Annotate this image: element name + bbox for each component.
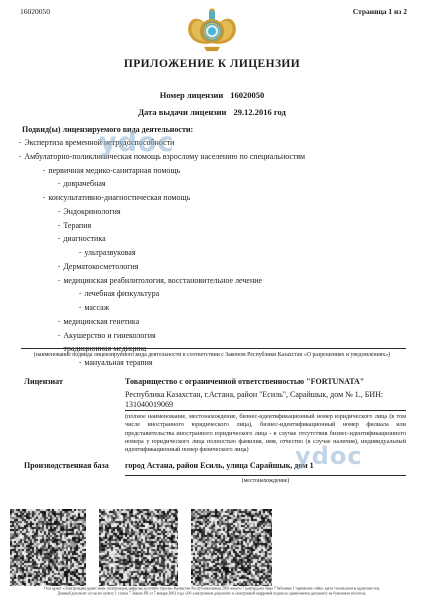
list-item: Терапия	[58, 219, 410, 233]
license-date-label: Дата выдачи лицензии	[138, 107, 226, 117]
list-item: Амбулаторно-поликлиническая помощь взрос…	[19, 150, 410, 164]
subtypes-heading: Подвид(ы) лицензируемого вида деятельнос…	[22, 125, 193, 134]
legal-fine-print: Осы құжат «Электрондық құжат және электр…	[2, 586, 422, 596]
divider	[125, 475, 406, 476]
license-number-value: 16020050	[230, 90, 264, 100]
document-number-header: 16020050	[20, 7, 50, 16]
subtypes-list: Экспертиза временной нетрудоспособности …	[0, 136, 410, 370]
legal-line-ru: Данный документ согласно пункту 1 статьи…	[2, 591, 422, 596]
qr-code-icon	[191, 509, 272, 586]
list-item: Акушерство и гинекология	[58, 329, 410, 343]
list-item: медицинская генетика	[58, 315, 410, 329]
license-date-row: Дата выдачи лицензии29.12.2016 год	[0, 107, 424, 117]
production-base-footnote: (местонахождение)	[125, 478, 406, 484]
license-date-value: 29.12.2016 год	[233, 107, 285, 117]
production-base-label: Производственная база	[24, 461, 109, 470]
subtypes-footnote: (наименование подвида лицензируемого вид…	[32, 351, 392, 359]
list-item: Экспертиза временной нетрудоспособности	[19, 136, 410, 150]
list-item: ультразвуковая	[79, 246, 410, 260]
list-item: первичная медико-санитарная помощь	[43, 164, 410, 178]
list-item: диагностика	[58, 232, 410, 246]
license-number-row: Номер лицензии16020050	[0, 90, 424, 100]
production-base-value: город Астана, район Есиль, улица Сарайшы…	[125, 461, 407, 470]
page-indicator: Страница 1 из 2	[353, 7, 407, 16]
qr-code-icon	[99, 509, 178, 586]
divider	[125, 410, 406, 411]
licensee-label: Лицензиат	[24, 377, 63, 386]
kazakhstan-emblem-icon	[186, 5, 238, 54]
license-number-label: Номер лицензии	[160, 90, 224, 100]
list-item: Эндокринология	[58, 205, 410, 219]
list-item: медицинская реабилитология, восстановите…	[58, 274, 410, 288]
list-item: Дерматокосметология	[58, 260, 410, 274]
licensee-name: Товарищество с ограниченной ответственно…	[125, 377, 407, 386]
license-appendix-page: 16020050 Страница 1 из 2 ПРИЛОЖЕНИЕ К ЛИ…	[0, 0, 424, 600]
qr-code-row	[10, 509, 310, 586]
qr-code-icon	[10, 509, 86, 586]
licensee-footnote: (полное наименование, местонахождение, б…	[125, 413, 406, 454]
list-item: консультативно-диагностическая помощь	[43, 191, 410, 205]
list-item: лечебная физкультура	[79, 287, 410, 301]
page-title: ПРИЛОЖЕНИЕ К ЛИЦЕНЗИИ	[0, 58, 424, 70]
divider	[21, 348, 406, 349]
list-item: доврачебная	[58, 177, 410, 191]
list-item: массаж	[79, 301, 410, 315]
licensee-address: Республика Казахстан, г.Астана, район "Е…	[125, 390, 407, 410]
